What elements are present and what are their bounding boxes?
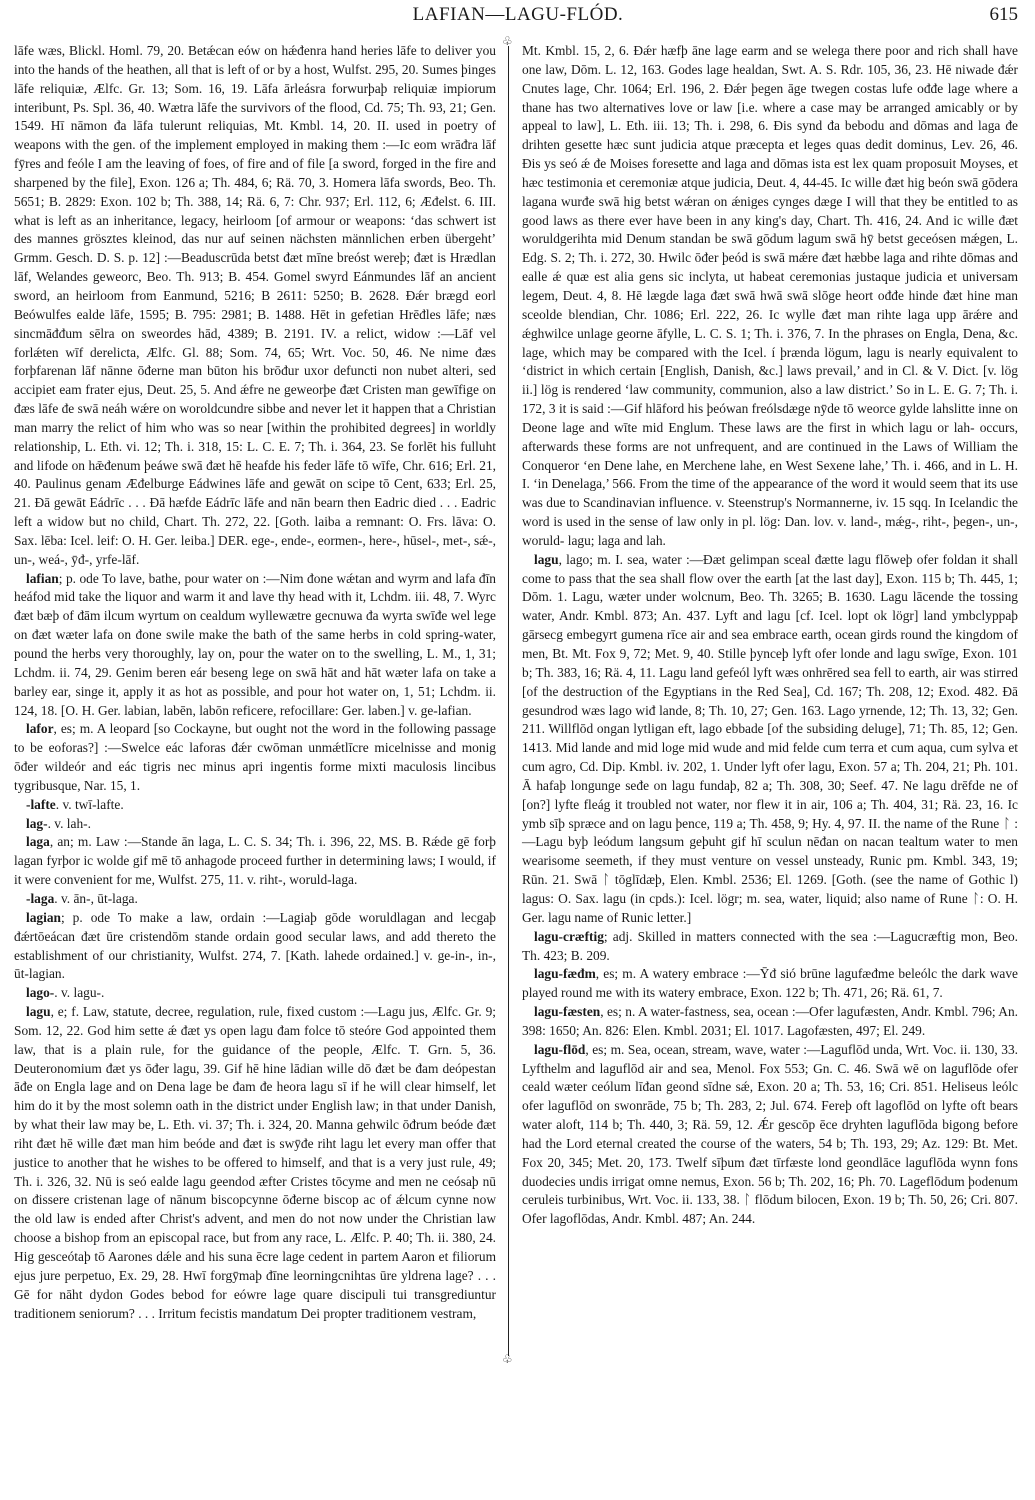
dictionary-entry: lagu-fæsten, es; n. A water-fastness, se… <box>522 1003 1018 1041</box>
dictionary-entry: lagu-flōd, es; m. Sea, ocean, stream, wa… <box>522 1041 1018 1229</box>
dictionary-entry: lagian; p. ode To make a law, ordain :—L… <box>14 909 496 984</box>
headword: lagu-cræftig <box>534 929 604 944</box>
entry-text: ; p. ode To make a law, ordain :—Lagiaþ … <box>14 910 496 982</box>
headword: lago- <box>26 985 54 1000</box>
entry-text: . v. lagu-. <box>54 985 104 1000</box>
dictionary-entry: lago-. v. lagu-. <box>14 984 496 1003</box>
entry-text: , lago; m. I. sea, water :—Đæt gelimpan … <box>522 552 1018 925</box>
entry-text: . v. twī-lafte. <box>56 797 124 812</box>
entry-continuation: Mt. Kmbl. 15, 2, 6. Đǽr hæfþ āne lage ea… <box>522 42 1018 551</box>
column-ornament-bottom-icon: ♧ <box>502 1353 513 1365</box>
dictionary-entry: lafian; p. ode To lave, bathe, pour wate… <box>14 570 496 721</box>
entry-text: , an; m. Law :—Stande ān laga, L. C. S. … <box>14 834 496 887</box>
dictionary-entry: lagu, e; f. Law, statute, decree, regula… <box>14 1003 496 1323</box>
entry-text: . v. ān-, ūt-laga. <box>54 891 138 906</box>
headword: lagu <box>26 1004 51 1019</box>
headword: lagian <box>26 910 61 925</box>
entry-text: lāfe wæs, Blickl. Homl. 79, 20. Betǽcan … <box>14 43 496 567</box>
headword: lag- <box>26 816 48 831</box>
page-number: 615 <box>990 4 1019 26</box>
entry-text: . v. lah-. <box>48 816 91 831</box>
entry-continuation: lāfe wæs, Blickl. Homl. 79, 20. Betǽcan … <box>14 42 496 570</box>
right-column: Mt. Kmbl. 15, 2, 6. Đǽr hæfþ āne lage ea… <box>522 42 1018 1229</box>
headword: -laga <box>26 891 54 906</box>
entry-text: , e; f. Law, statute, decree, regulation… <box>14 1004 496 1321</box>
entry-text: , es; m. A watery embrace :—Ȳđ sió brūne… <box>522 966 1018 1000</box>
entry-text: , es; m. A leopard [so Cockayne, but oug… <box>14 721 496 793</box>
dictionary-entry: lagu-fæđm, es; m. A watery embrace :—Ȳđ … <box>522 965 1018 1003</box>
headword: lagu <box>534 552 559 567</box>
headword: lafian <box>26 571 59 586</box>
dictionary-entry: lag-. v. lah-. <box>14 815 496 834</box>
page-title: LAFIAN—LAGU-FLÓD. <box>18 4 1018 26</box>
dictionary-entry: laga, an; m. Law :—Stande ān laga, L. C.… <box>14 833 496 890</box>
dictionary-entry: lagu-cræftig; adj. Skilled in matters co… <box>522 928 1018 966</box>
headword: laga <box>26 834 50 849</box>
dictionary-entry: lagu, lago; m. I. sea, water :—Đæt gelim… <box>522 551 1018 928</box>
column-divider <box>508 46 509 1356</box>
entry-text: Mt. Kmbl. 15, 2, 6. Đǽr hæfþ āne lage ea… <box>522 43 1018 548</box>
page-header: LAFIAN—LAGU-FLÓD. 615 <box>18 4 1018 32</box>
headword: lagu-fæsten <box>534 1004 600 1019</box>
dictionary-entry: -lafte. v. twī-lafte. <box>14 796 496 815</box>
headword: -lafte <box>26 797 56 812</box>
headword: lagu-flōd <box>534 1042 585 1057</box>
dictionary-entry: -laga. v. ān-, ūt-laga. <box>14 890 496 909</box>
headword: lagu-fæđm <box>534 966 596 981</box>
dictionary-entry: lafor, es; m. A leopard [so Cockayne, bu… <box>14 720 496 795</box>
entry-text: ; p. ode To lave, bathe, pour water on :… <box>14 571 496 718</box>
left-column: lāfe wæs, Blickl. Homl. 79, 20. Betǽcan … <box>14 42 496 1323</box>
headword: lafor <box>26 721 54 736</box>
entry-text: , es; m. Sea, ocean, stream, wave, water… <box>522 1042 1018 1227</box>
